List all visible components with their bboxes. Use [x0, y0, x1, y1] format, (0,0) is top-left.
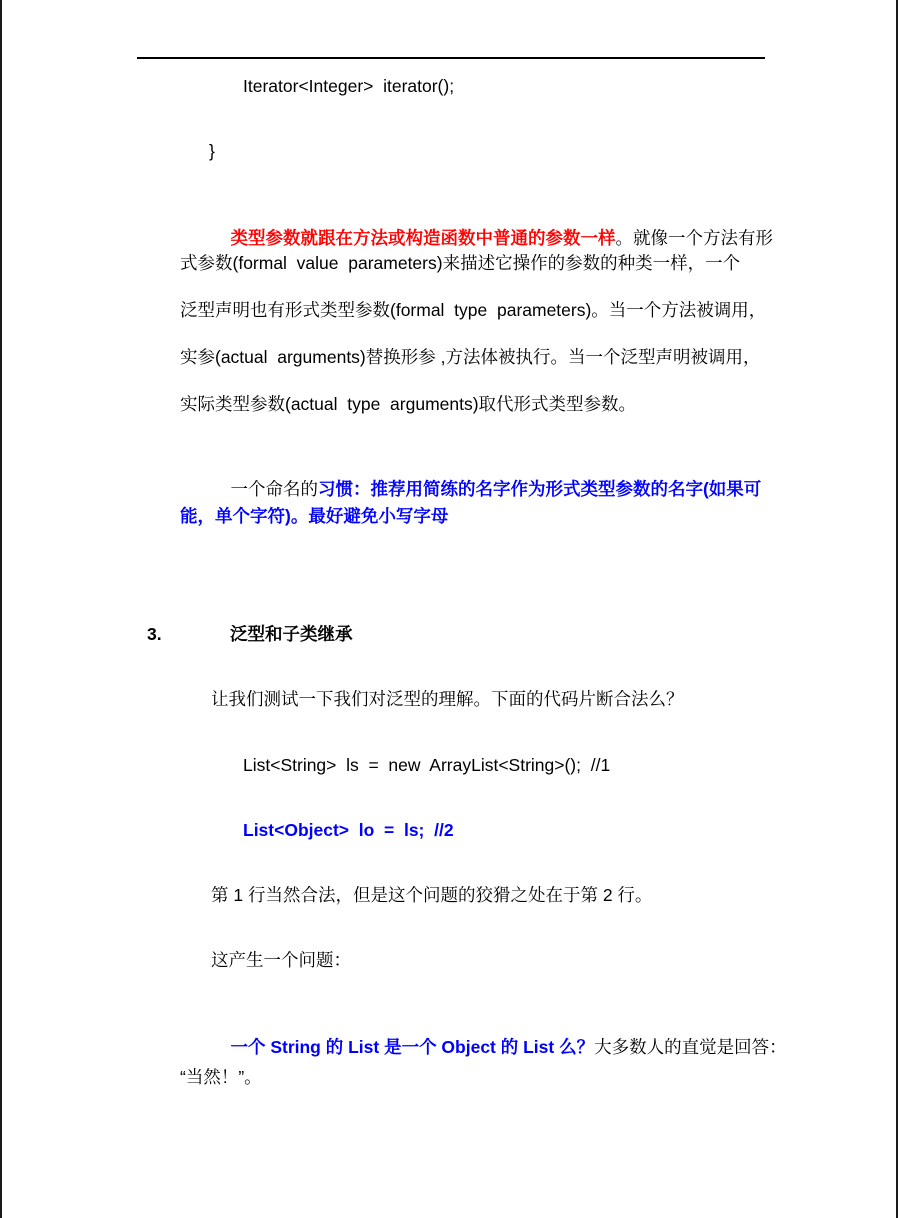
paragraph-type-params-line-5: 实际类型参数(actual type arguments)取代形式类型参数。 [180, 393, 636, 415]
code-line-2: List<Object> lo = ls; //2 [243, 819, 454, 841]
paragraph-text: 一个命名的 [230, 479, 318, 499]
paragraph-naming-line-2: 能，单个字符)。最好避免小写字母 [180, 505, 448, 527]
paragraph-question-line-2: “当然！”。 [180, 1066, 262, 1088]
paragraph-question-intro: 这产生一个问题： [211, 949, 351, 971]
section-number: 3. [147, 623, 162, 645]
section-title: 泛型和子类继承 [230, 623, 353, 645]
paragraph-type-params-line-2: 式参数(formal value parameters)来描述它操作的参数的种类… [180, 252, 740, 274]
document-page: Iterator<Integer> iterator(); } 类型参数就跟在方… [0, 0, 898, 1218]
code-line-iterator: Iterator<Integer> iterator(); [243, 75, 454, 97]
paragraph-type-params-line-3: 泛型声明也有形式类型参数(formal type parameters)。当一个… [180, 299, 766, 321]
paragraph-type-params-line-1: 类型参数就跟在方法或构造函数中普通的参数一样。就像一个方法有形 [211, 205, 773, 227]
red-emphasis-text: 类型参数就跟在方法或构造函数中普通的参数一样 [230, 228, 615, 248]
header-rule [137, 57, 765, 59]
paragraph-test-understanding: 让我们测试一下我们对泛型的理解。下面的代码片断合法么？ [211, 688, 684, 710]
paragraph-text: 大多数人的直觉是回答： [594, 1037, 787, 1057]
paragraph-line-legality: 第 1 行当然合法，但是这个问题的狡猾之处在于第 2 行。 [211, 884, 652, 906]
paragraph-type-params-line-4: 实参(actual arguments)替换形参 ,方法体被执行。当一个泛型声明… [180, 346, 760, 368]
paragraph-naming-line-1: 一个命名的习惯：推荐用简练的名字作为形式类型参数的名字(如果可 [211, 456, 761, 478]
blue-emphasis-text: 习惯：推荐用简练的名字作为形式类型参数的名字(如果可 [318, 479, 761, 499]
code-line-1: List<String> ls = new ArrayList<String>(… [243, 754, 610, 776]
paragraph-question-line-1: 一个 String 的 List 是一个 Object 的 List 么？大多数… [211, 1014, 787, 1036]
paragraph-text: 。就像一个方法有形 [615, 228, 773, 248]
blue-emphasis-question: 一个 String 的 List 是一个 Object 的 List 么？ [230, 1037, 594, 1057]
code-closing-brace: } [209, 140, 215, 162]
